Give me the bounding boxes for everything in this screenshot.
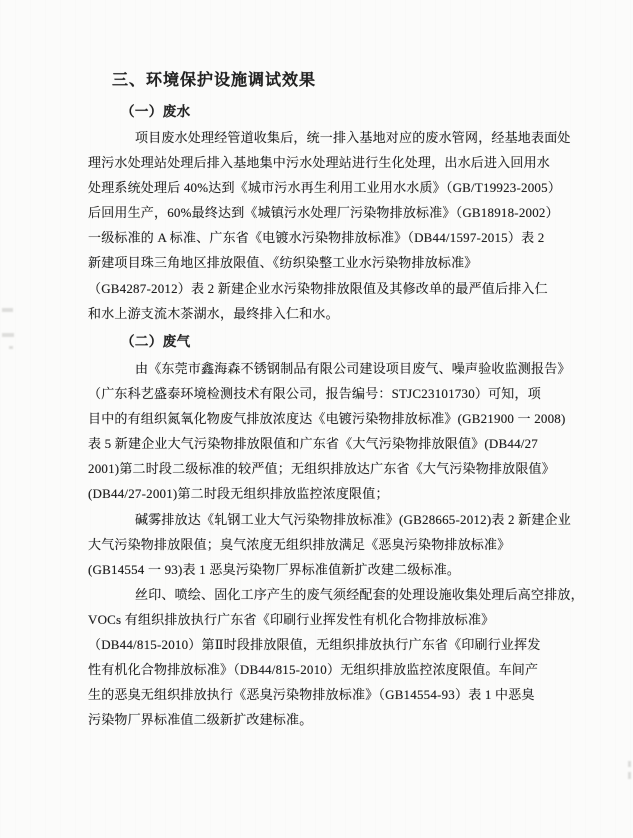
paragraph-waste-gas-organized: 由《东莞市鑫海森不锈钢制品有限公司建设项目废气、噪声验收监测报告》 （广东科艺盛… — [88, 356, 588, 507]
scanned-document-page: 三、环境保护设施调试效果 （一）废水 项目废水处理经管道收集后，统一排入基地对应… — [0, 0, 633, 838]
paragraph-wastewater: 项目废水处理经管道收集后，统一排入基地对应的废水管网，经基地表面处 理污水处理站… — [88, 125, 588, 326]
section-title: 三、环境保护设施调试效果 — [112, 69, 316, 93]
subsection-heading-wastewater: （一）废水 — [121, 100, 191, 124]
scan-artifact-right-2 — [628, 772, 631, 779]
scan-artifact-left-2 — [2, 333, 14, 337]
scan-artifact-left-1 — [2, 308, 13, 312]
paragraph-vocs-printing: 丝印、喷绘、固化工序产生的废气须经配套的处理设施收集处理后高空排放， VOCs … — [88, 582, 588, 733]
scan-artifact-left-3 — [9, 346, 13, 349]
subsection-heading-waste-gas: （二）废气 — [121, 330, 191, 354]
scan-artifact-right-1 — [628, 761, 631, 767]
paragraph-alkali-mist-odor: 碱雾排放达《轧钢工业大气污染物排放标准》(GB28665-2012)表 2 新建… — [88, 507, 588, 582]
